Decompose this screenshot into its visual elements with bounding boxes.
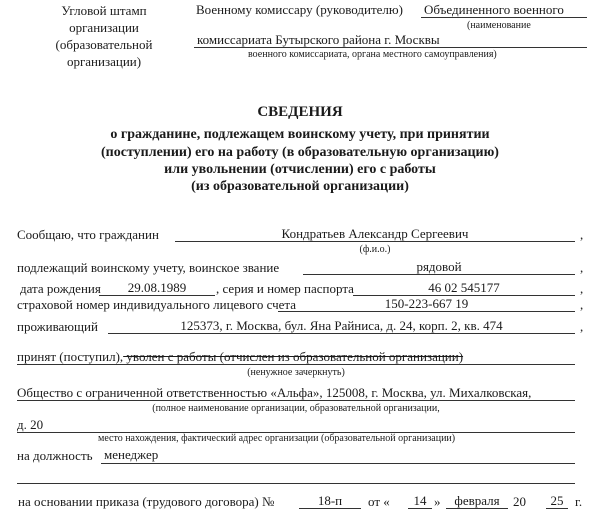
org-hint-1: (полное наименование организации, образо… [17, 403, 575, 415]
stamp-line: организации) [44, 53, 164, 70]
order-month-underline [446, 508, 508, 509]
order-day-underline [408, 508, 432, 509]
position-label: на должность [17, 448, 93, 463]
order-year-prefix: 20 [513, 494, 526, 509]
addressee-value-2[interactable]: комиссариата Бутырского района г. Москвы [197, 32, 440, 47]
citizen-hint: (ф.и.о.) [175, 244, 575, 256]
stamp-line: Угловой штамп [44, 2, 164, 19]
citizen-underline [175, 241, 575, 242]
addressee-label: Военному комиссару (руководителю) [196, 2, 403, 17]
subtitle-line: о гражданине, подлежащем воинскому учету… [0, 127, 600, 143]
passport-field[interactable]: 46 02 545177 [353, 280, 575, 295]
addressee-hint-2: военного комиссариата, органа местного с… [248, 49, 497, 61]
subtitle-line: или увольнении (отчислении) его с работы [0, 162, 600, 178]
citizen-name-field[interactable]: Кондратьев Александр Сергеевич [175, 226, 575, 241]
order-month-field[interactable]: февраля [446, 493, 508, 508]
addressee-hint-1: (наименование [467, 20, 531, 32]
stamp-line: (образовательной [44, 36, 164, 53]
comma: , [580, 260, 583, 275]
birth-date-field[interactable]: 29.08.1989 [99, 280, 215, 295]
subtitle-line: (поступлении) его на работу (в образоват… [0, 145, 600, 161]
rank-underline [303, 274, 575, 275]
order-number-underline [299, 508, 361, 509]
rank-field[interactable]: рядовой [303, 259, 575, 274]
passport-label: , серия и номер паспорта [216, 281, 354, 296]
document-title: СВЕДЕНИЯ [0, 104, 600, 121]
corner-stamp: Угловой штамп организации (образовательн… [44, 2, 164, 70]
org-address-field[interactable]: д. 20 [17, 417, 43, 432]
position-underline [101, 463, 575, 464]
address-field[interactable]: 125373, г. Москва, бул. Яна Райниса, д. … [108, 318, 575, 333]
comma: , [580, 319, 583, 334]
addressee-underline-2 [194, 47, 587, 48]
position-field[interactable]: менеджер [104, 447, 158, 462]
snils-underline [278, 311, 575, 312]
snils-field[interactable]: 150-223-667 19 [278, 296, 575, 311]
address-underline [108, 333, 575, 334]
addressee-value-1[interactable]: Объединенного военного [424, 2, 564, 17]
comma: , [580, 297, 583, 312]
order-year-underline [546, 508, 568, 509]
comma: , [580, 281, 583, 296]
order-year-unit: г. [575, 494, 582, 509]
org-name-field[interactable]: Общество с ограниченной ответственностью… [17, 385, 531, 400]
order-label: на основании приказа (трудового договора… [18, 494, 274, 509]
birth-label: дата рождения [20, 281, 101, 296]
position-underline-2 [17, 483, 575, 484]
stamp-line: организации [44, 19, 164, 36]
status-hired[interactable]: принят (поступил), [17, 349, 123, 364]
comma: , [580, 227, 583, 242]
address-label: проживающий [17, 319, 98, 334]
status-line: принят (поступил), уволен с работы (отчи… [17, 349, 463, 364]
birth-underline [99, 295, 215, 296]
status-hint: (ненужное зачеркнуть) [17, 367, 575, 379]
subtitle-line: (из образовательной организации) [0, 179, 600, 195]
order-year-field[interactable]: 25 [546, 493, 568, 508]
status-underline [17, 364, 575, 365]
addressee-underline-1 [421, 17, 587, 18]
order-close-quote: » [434, 494, 441, 509]
rank-label: подлежащий воинскому учету, воинское зва… [17, 260, 279, 275]
snils-label: страховой номер индивидуального лицевого… [17, 297, 296, 312]
citizen-label: Сообщаю, что гражданин [17, 227, 159, 242]
org-underline-1 [17, 400, 575, 401]
order-from-label: от « [368, 494, 390, 509]
status-dismissed-struck[interactable]: уволен с работы (отчислен из образовател… [123, 349, 463, 364]
org-hint-2: место нахождения, фактический адрес орга… [98, 433, 455, 445]
order-day-field[interactable]: 14 [408, 493, 432, 508]
order-number-field[interactable]: 18-п [299, 493, 361, 508]
